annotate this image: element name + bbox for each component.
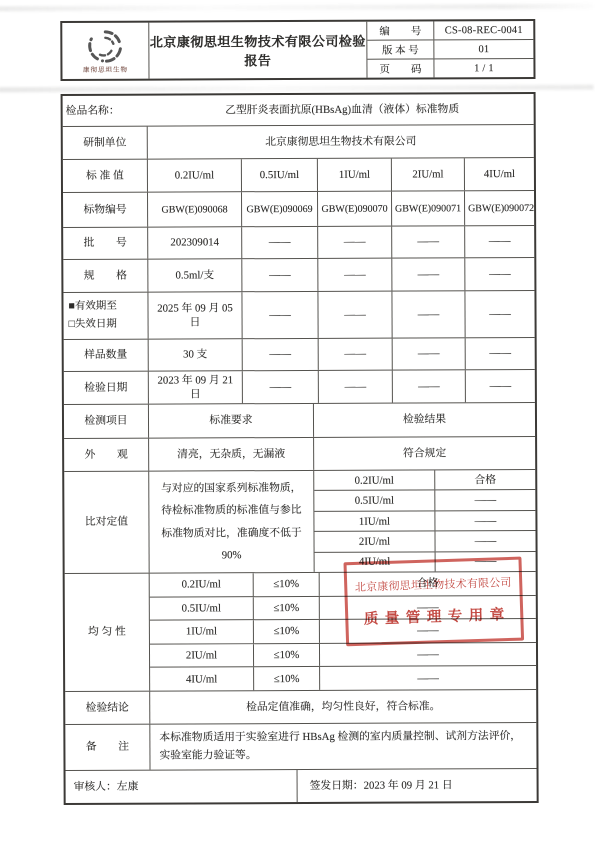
row-remark: 备 注 本标准物质适用于实验室进行 HBsAg 检测的室内质量控制、试剂方法评价…: [65, 722, 536, 770]
spec-4: ——: [391, 258, 464, 290]
comparison-level-3: 1IU/ml: [314, 511, 434, 531]
sample-qty-label: 样品数量: [64, 340, 148, 371]
spec-5: ——: [464, 258, 534, 290]
spec-2: ——: [241, 259, 317, 291]
reviewer-cell: 审核人：左康: [66, 770, 297, 803]
row-appearance: 外 观 清亮，无杂质，无漏液 符合规定: [64, 436, 535, 471]
comparison-result-4: ——: [434, 531, 535, 551]
meta-number-label: 编 号: [367, 21, 434, 39]
reviewer-name: 左康: [117, 780, 139, 794]
homogeneity-result-4: ——: [319, 643, 536, 667]
sample-qty-1: 30 支: [148, 339, 242, 370]
batch-4: ——: [391, 226, 464, 257]
row-expiry: ■有效期至 □失效日期 2025 年 09 月 05 日 —— —— —— ——: [63, 290, 534, 339]
homogeneity-req-5: ≤10%: [253, 667, 319, 690]
meta-version-value: 01: [434, 40, 533, 58]
standard-value-label: 标 准 值: [63, 160, 147, 192]
row-batch: 批 号 202309014 —— —— —— ——: [63, 225, 534, 259]
row-developer: 研制单位 北京康彻思坦生物技术有限公司: [63, 124, 534, 159]
expiry-2: ——: [241, 292, 317, 338]
expiry-option-valid-until: ■有效期至: [68, 300, 116, 314]
reference-id-label: 标物编号: [63, 193, 147, 227]
reference-id-4: GBW(E)090071: [391, 191, 464, 225]
comparison-results: 0.2IU/ml 合格 0.5IU/ml —— 1IU/ml —— 2IU/ml…: [313, 470, 535, 572]
report-header: 康彻思坦生物 北京康彻思坦生物技术有限公司检验报告 编 号 CS-08-REC-…: [60, 19, 535, 81]
meta-row-number: 编 号 CS-08-REC-0041: [367, 21, 533, 40]
row-sample-qty: 样品数量 30 支 —— —— —— ——: [64, 337, 535, 371]
test-result-column-header: 检验结果: [313, 403, 535, 437]
remark-value: 本标准物质适用于实验室进行 HBsAg 检测的室内质量控制、试剂方法评价，实验室…: [149, 723, 536, 770]
comparison-level-2: 0.5IU/ml: [314, 491, 434, 511]
batch-3: ——: [317, 227, 391, 258]
homogeneity-req-1: ≤10%: [253, 573, 319, 596]
inspection-date-3: ——: [318, 371, 392, 403]
row-spec: 规 格 0.5ml/支 —— —— —— ——: [63, 257, 534, 292]
reference-id-2: GBW(E)090069: [241, 192, 317, 226]
homogeneity-subrow: 1IU/ml ≤10% ——: [150, 618, 536, 643]
homogeneity-label: 均 匀 性: [65, 574, 150, 691]
comparison-result-1: 合格: [434, 470, 535, 490]
homogeneity-subrow: 0.2IU/ml ≤10% 合格: [150, 572, 536, 596]
sample-qty-3: ——: [318, 339, 392, 370]
homogeneity-results: 0.2IU/ml ≤10% 合格 0.5IU/ml ≤10% —— 1IU/ml…: [149, 572, 537, 691]
expiry-1: 2025 年 09 月 05 日: [147, 292, 241, 338]
report-title: 北京康彻思坦生物技术有限公司检验报告: [149, 22, 367, 79]
appearance-requirement: 清亮，无杂质，无漏液: [148, 438, 313, 471]
company-logo: 康彻思坦生物: [62, 23, 149, 79]
inspection-date-label: 检验日期: [64, 372, 148, 404]
comparison-level-4: 2IU/ml: [314, 532, 434, 552]
comparison-label: 比对定值: [64, 472, 148, 573]
standard-value-1: 0.2IU/ml: [147, 159, 241, 191]
expiry-4: ——: [391, 291, 464, 337]
homogeneity-level-1: 0.2IU/ml: [150, 573, 253, 596]
standard-value-5: 4IU/ml: [464, 158, 534, 190]
standard-value-3: 1IU/ml: [317, 159, 391, 191]
reference-id-3: GBW(E)090070: [317, 192, 391, 226]
homogeneity-subrow: 0.5IU/ml ≤10% ——: [150, 595, 536, 620]
homogeneity-result-2: ——: [319, 596, 536, 620]
sample-name-label: 检品名称：: [63, 96, 151, 126]
comparison-subrow: 2IU/ml ——: [314, 530, 535, 551]
homogeneity-level-5: 4IU/ml: [150, 668, 253, 691]
test-item-column-header: 检测项目: [64, 405, 148, 438]
homogeneity-req-2: ≤10%: [253, 597, 319, 620]
comparison-requirement: 与对应的国家系列标准物质，待检标准物质的标准值与参比标准物质对比，准确度不低于 …: [148, 471, 313, 573]
homogeneity-req-3: ≤10%: [253, 620, 319, 643]
comparison-subrow: 4IU/ml ——: [315, 551, 536, 572]
row-comparison: 比对定值 与对应的国家系列标准物质，待检标准物质的标准值与参比标准物质对比，准确…: [64, 469, 535, 573]
issue-date-label: 签发日期：: [310, 779, 364, 793]
batch-label: 批 号: [63, 228, 147, 259]
inspection-date-5: ——: [465, 370, 535, 402]
comparison-subrow: 0.2IU/ml 合格: [314, 470, 535, 490]
meta-version-label: 版 本 号: [367, 40, 434, 58]
inspection-date-1: 2023 年 09 月 21 日: [148, 371, 242, 403]
homogeneity-result-3: ——: [319, 619, 536, 643]
standard-value-4: 2IU/ml: [391, 158, 464, 190]
comparison-subrow: 1IU/ml ——: [314, 510, 535, 531]
issue-date-value: 2023 年 09 月 21 日: [364, 778, 453, 792]
homogeneity-level-4: 2IU/ml: [150, 644, 253, 667]
report-meta-table: 编 号 CS-08-REC-0041 版 本 号 01 页 码 1 / 1: [367, 21, 533, 78]
batch-5: ——: [464, 226, 534, 257]
meta-number-value: CS-08-REC-0041: [434, 21, 533, 39]
inspection-date-4: ——: [392, 370, 465, 402]
comparison-result-5: ——: [435, 552, 536, 572]
row-conclusion: 检验结论 检品定值准确，均匀性良好，符合标准。: [65, 689, 536, 724]
developer-value: 北京康彻思坦生物技术有限公司: [147, 125, 534, 159]
homogeneity-req-4: ≤10%: [253, 644, 319, 667]
expiry-3: ——: [317, 292, 391, 338]
row-standard-value: 标 准 值 0.2IU/ml 0.5IU/ml 1IU/ml 2IU/ml 4I…: [63, 157, 534, 192]
expiry-label: ■有效期至 □失效日期: [63, 293, 147, 339]
developer-label: 研制单位: [63, 127, 147, 159]
meta-row-version: 版 本 号 01: [367, 39, 533, 59]
row-homogeneity: 均 匀 性 0.2IU/ml ≤10% 合格 0.5IU/ml ≤10% —— …: [65, 571, 537, 691]
issue-date-cell: 签发日期：2023 年 09 月 21 日: [297, 769, 537, 802]
batch-2: ——: [241, 227, 317, 258]
test-requirement-column-header: 标准要求: [148, 404, 313, 438]
homogeneity-subrow: 4IU/ml ≤10% ——: [150, 665, 536, 690]
homogeneity-level-2: 0.5IU/ml: [150, 597, 253, 620]
comparison-result-2: ——: [434, 490, 535, 510]
standard-value-2: 0.5IU/ml: [241, 159, 317, 191]
appearance-result: 符合规定: [313, 437, 535, 470]
conclusion-label: 检验结论: [65, 692, 149, 724]
meta-page-value: 1 / 1: [434, 59, 533, 77]
expiry-option-expire-date: □失效日期: [69, 318, 117, 332]
reviewer-label: 审核人：: [74, 780, 117, 794]
row-signoff: 审核人：左康 签发日期：2023 年 09 月 21 日: [66, 768, 537, 803]
homogeneity-level-3: 1IU/ml: [150, 620, 253, 643]
homogeneity-result-1: 合格: [319, 572, 536, 596]
appearance-label: 外 观: [64, 439, 148, 471]
row-sample-name: 检品名称： 乙型肝炎表面抗原(HBsAg)血清（液体）标准物质: [63, 94, 534, 126]
sample-qty-5: ——: [465, 338, 535, 369]
batch-1: 202309014: [147, 227, 241, 258]
row-reference-id: 标物编号 GBW(E)090068 GBW(E)090069 GBW(E)090…: [63, 190, 534, 227]
inspection-table: 检品名称： 乙型肝炎表面抗原(HBsAg)血清（液体）标准物质 研制单位 北京康…: [61, 92, 539, 805]
homogeneity-result-5: ——: [319, 666, 536, 690]
scan-artifact: [0, 4, 593, 12]
remark-label: 备 注: [65, 725, 149, 770]
comparison-level-1: 0.2IU/ml: [314, 470, 434, 490]
reference-id-1: GBW(E)090068: [147, 192, 241, 226]
spec-1: 0.5ml/支: [147, 259, 241, 291]
meta-page-label: 页 码: [367, 59, 434, 77]
sample-qty-4: ——: [392, 338, 465, 369]
reference-id-5: GBW(E)090072: [464, 191, 537, 225]
sample-name-value: 乙型肝炎表面抗原(HBsAg)血清（液体）标准物质: [151, 94, 534, 126]
comparison-subrow: 0.5IU/ml ——: [314, 489, 535, 510]
comparison-result-3: ——: [434, 511, 535, 531]
logo-swirl-icon: [85, 27, 125, 67]
spec-label: 规 格: [63, 260, 147, 292]
row-test-columns: 检测项目 标准要求 检验结果: [64, 402, 535, 438]
homogeneity-subrow: 2IU/ml ≤10% ——: [150, 642, 536, 667]
sample-qty-2: ——: [242, 339, 318, 370]
inspection-date-2: ——: [242, 371, 318, 403]
expiry-5: ——: [464, 291, 534, 337]
comparison-level-5: 4IU/ml: [315, 552, 435, 572]
scanned-report-page: 康彻思坦生物 北京康彻思坦生物技术有限公司检验报告 编 号 CS-08-REC-…: [0, 0, 595, 842]
meta-row-page: 页 码 1 / 1: [367, 58, 533, 78]
spec-3: ——: [317, 259, 391, 291]
row-inspection-date: 检验日期 2023 年 09 月 21 日 —— —— —— ——: [64, 369, 535, 404]
conclusion-value: 检品定值准确，均匀性良好，符合标准。: [149, 690, 536, 724]
logo-caption: 康彻思坦生物: [83, 68, 128, 75]
